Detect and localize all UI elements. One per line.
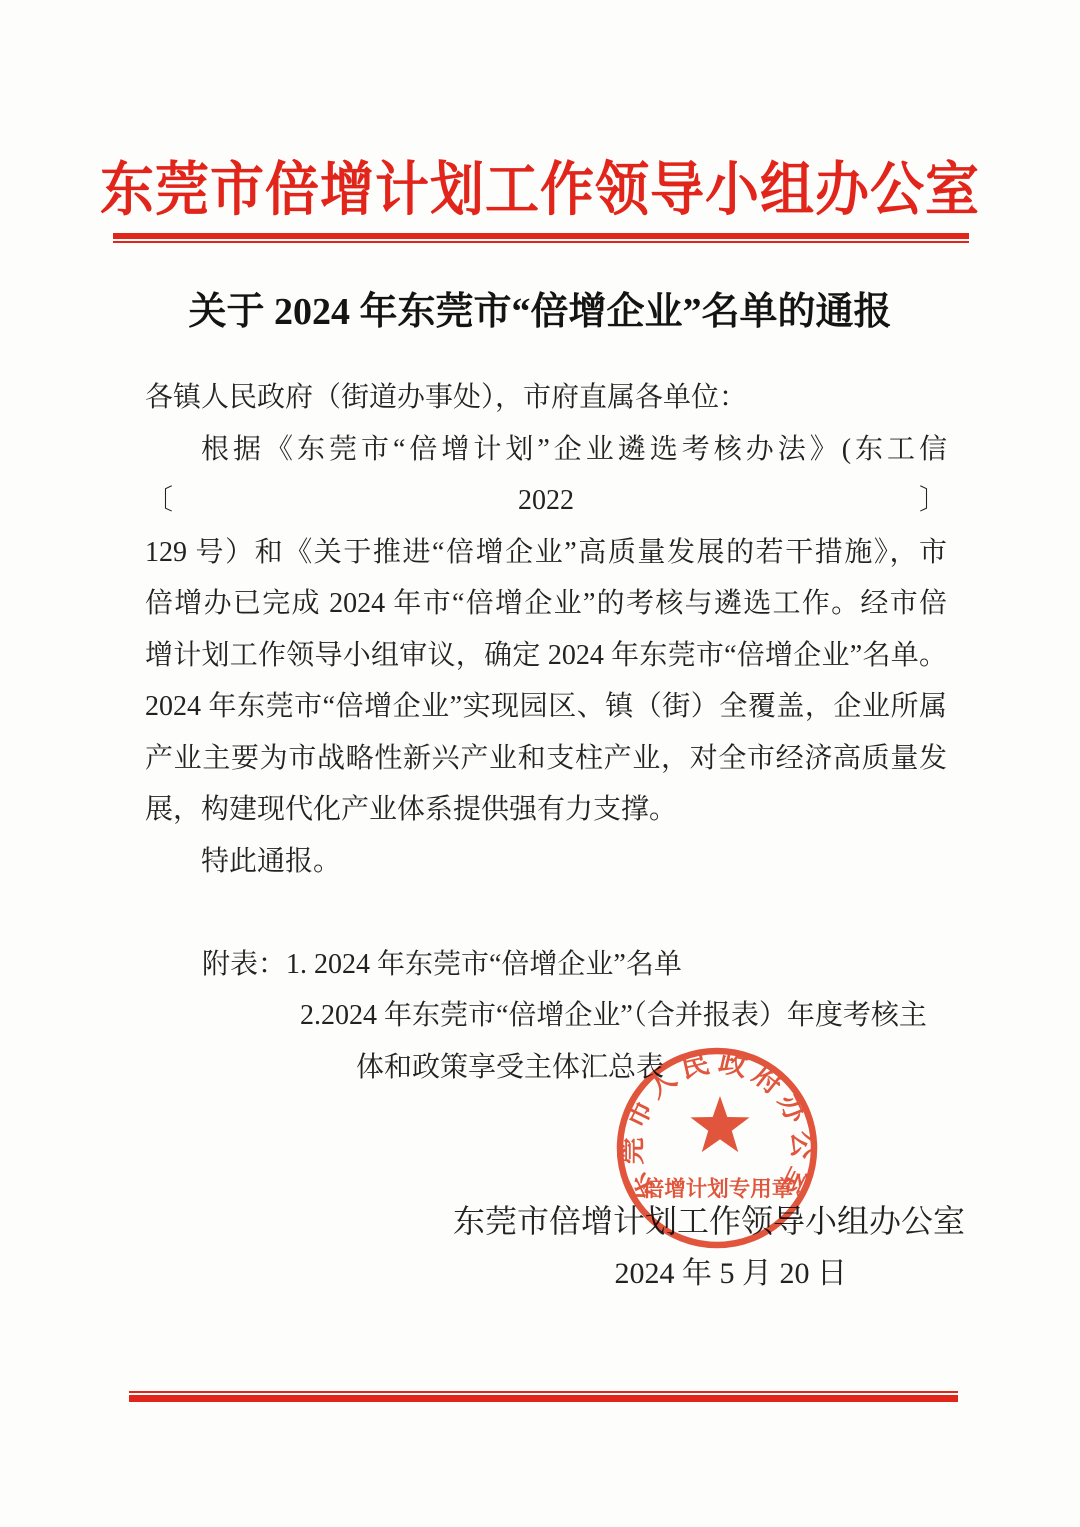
blank-line [145, 887, 947, 939]
body-line: 产业主要为市战略性新兴产业和支柱产业，对全市经济高质量发 [145, 733, 947, 785]
blank-line [145, 1145, 947, 1197]
date-line: 2024 年 5 月 20 日 [145, 1248, 947, 1300]
body-line: 2024 年东莞市“倍增企业”实现园区、镇（街）全覆盖，企业所属 [145, 681, 947, 733]
body-line: 增计划工作领导小组审议，确定 2024 年东莞市“倍增企业”名单。 [145, 630, 947, 682]
body-line: 倍增办已完成 2024 年市“倍增企业”的考核与遴选工作。经市倍 [145, 578, 947, 630]
document-title: 关于 2024 年东莞市“倍增企业”名单的通报 [0, 284, 1080, 340]
footer-rule [129, 1391, 958, 1402]
body-line: 129 号）和《关于推进“倍增企业”高质量发展的若干措施》，市 [145, 527, 947, 579]
rule-thick-bar [129, 1395, 958, 1402]
blank-line [145, 1093, 947, 1145]
body-line: 特此通报。 [145, 836, 947, 888]
body-line: 2.2024 年东莞市“倍增企业”（合并报表）年度考核主 [145, 990, 947, 1042]
body-line: 各镇人民政府（街道办事处），市府直属各单位： [145, 372, 947, 424]
signature-line: 东莞市倍增计划工作领导小组办公室 [145, 1196, 965, 1248]
body-line: 根据《东莞市“倍增计划”企业遴选考核办法》(东工信〔2022〕 [145, 424, 947, 527]
document-page: 东莞市倍增计划工作领导小组办公室 关于 2024 年东莞市“倍增企业”名单的通报… [0, 0, 1080, 1527]
body-line: 体和政策享受主体汇总表 [145, 1042, 947, 1094]
body-line: 展，构建现代化产业体系提供强有力支撑。 [145, 784, 947, 836]
letterhead-rule [113, 233, 969, 243]
rule-thin-bar [113, 241, 969, 243]
letterhead-org-name: 东莞市倍增计划工作领导小组办公室 [0, 150, 1080, 230]
document-body: 各镇人民政府（街道办事处），市府直属各单位：根据《东莞市“倍增计划”企业遴选考核… [145, 372, 947, 1299]
body-line: 附表：1. 2024 年东莞市“倍增企业”名单 [145, 939, 947, 991]
